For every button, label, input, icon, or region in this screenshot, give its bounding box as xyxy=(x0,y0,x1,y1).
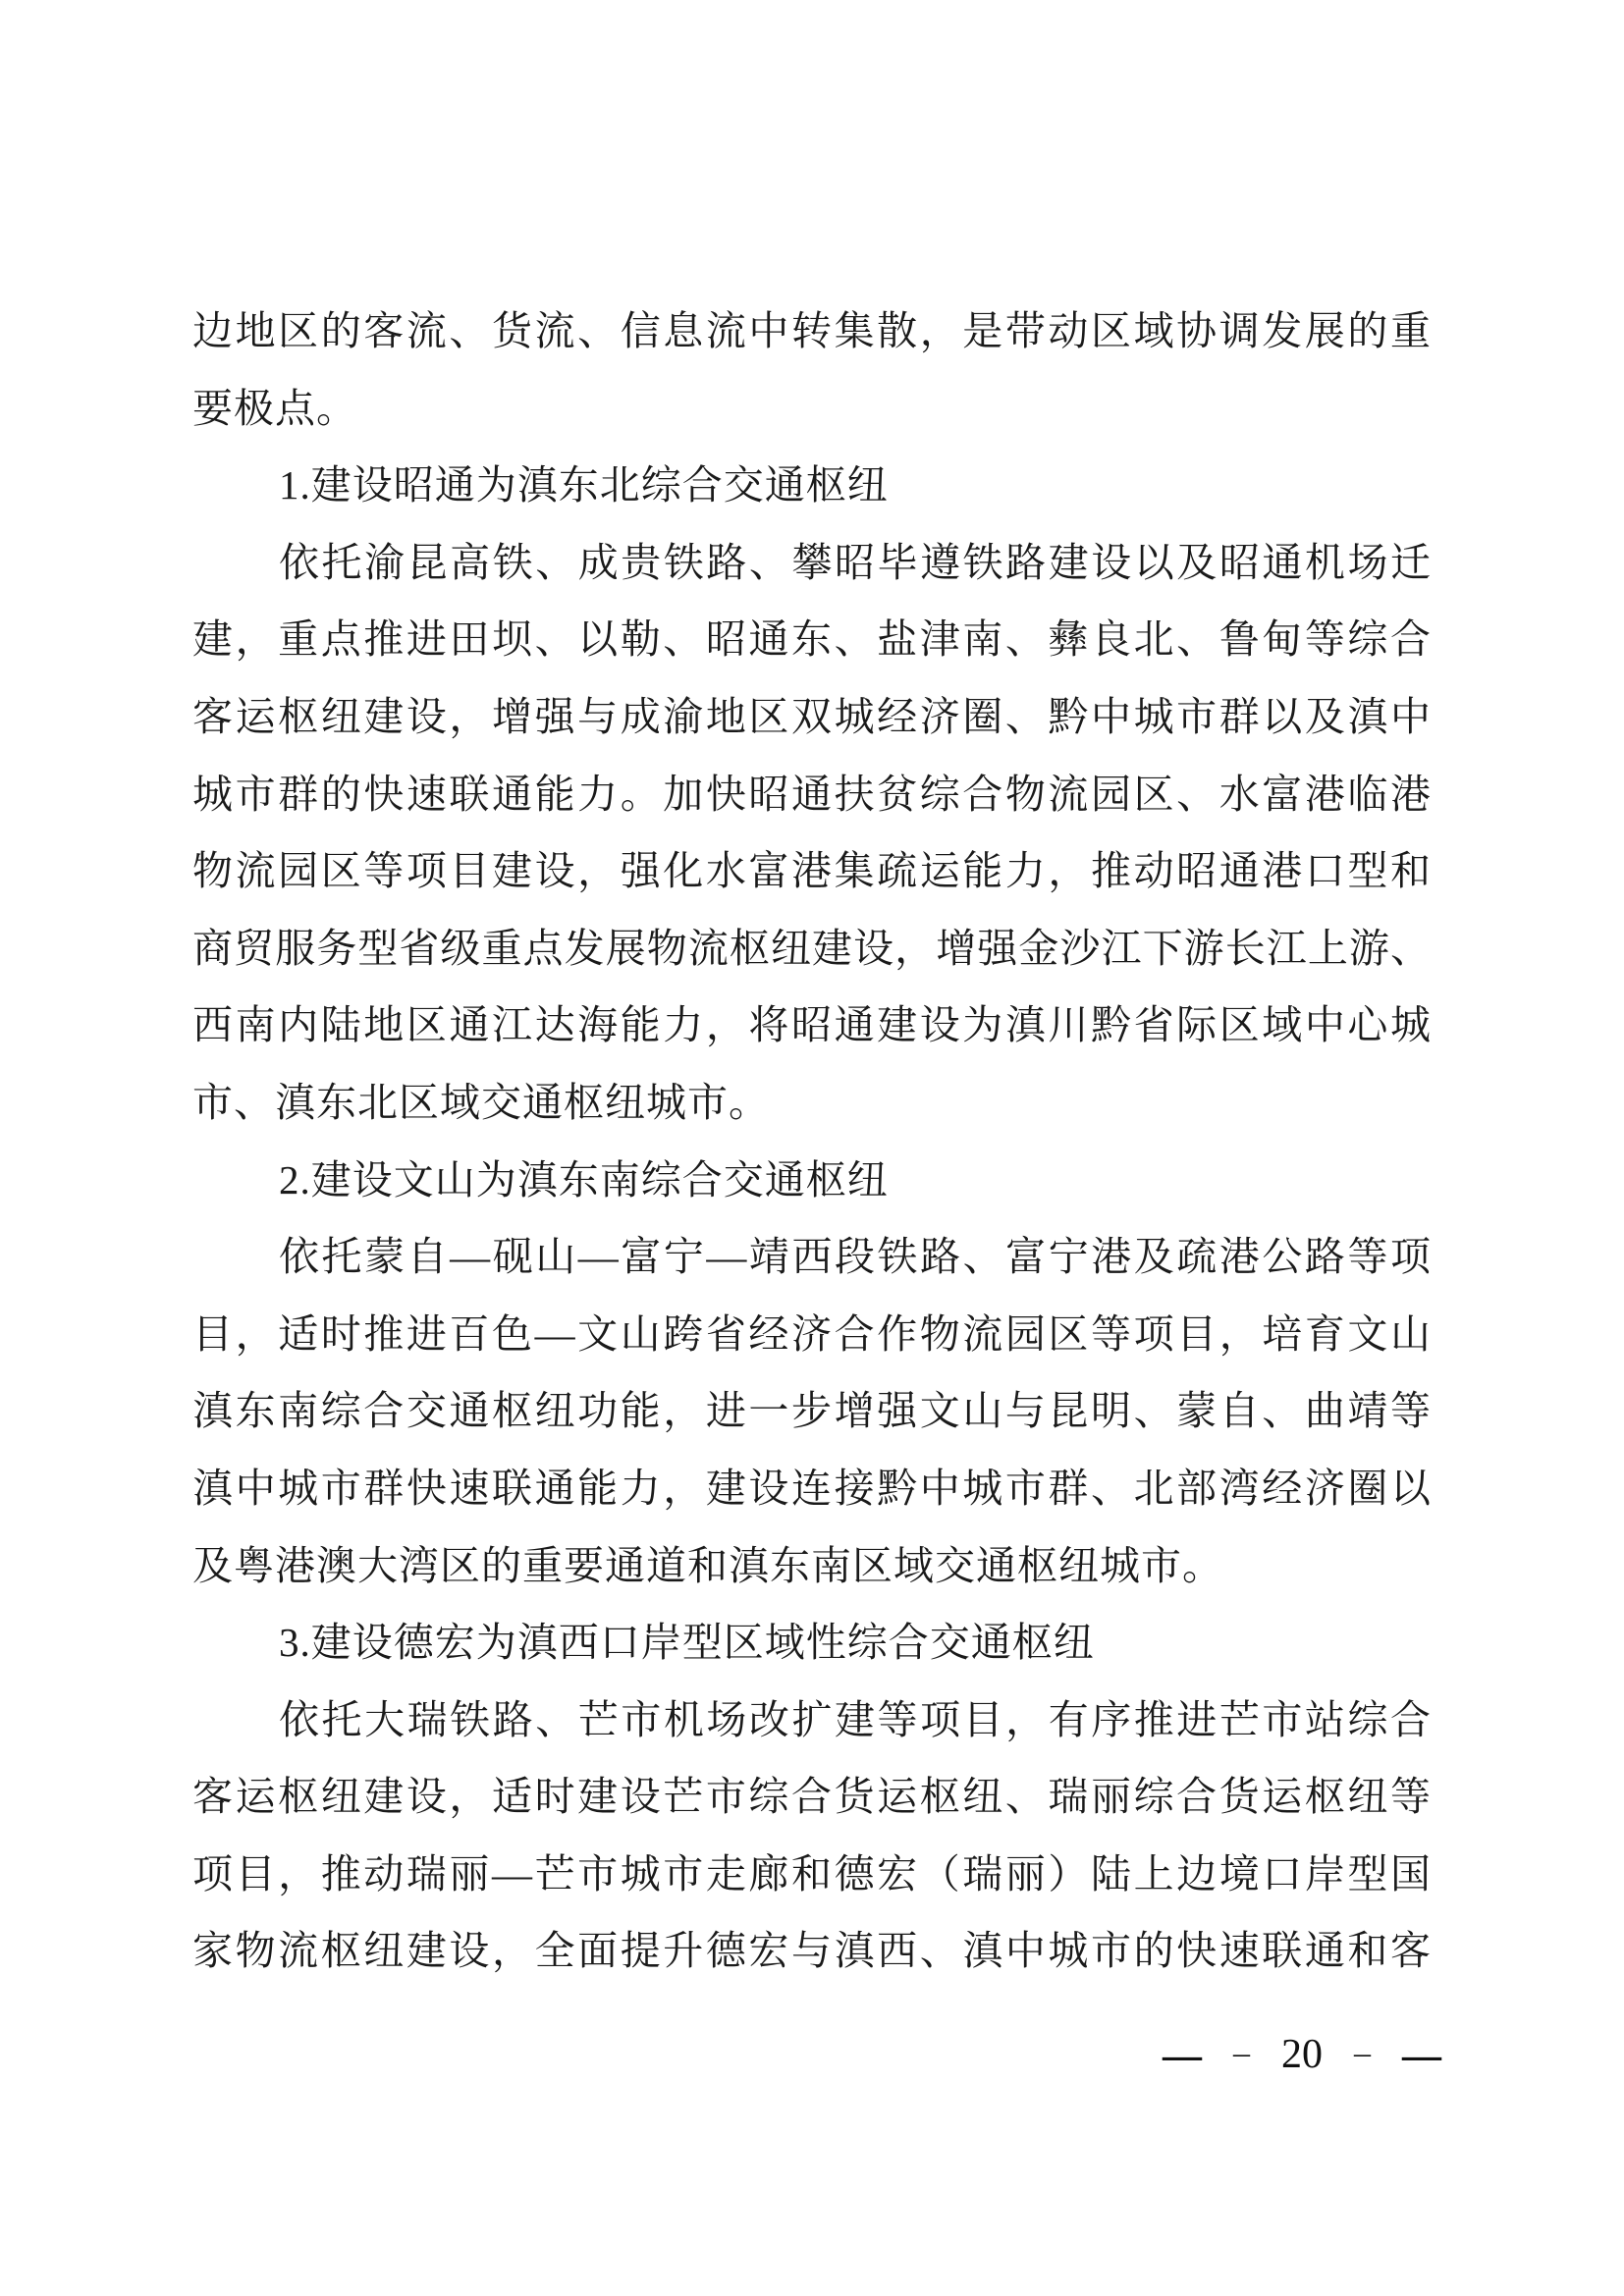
document-page: 边地区的客流、货流、信息流中转集散，是带动区域协调发展的重 要极点。 1.建设昭… xyxy=(0,0,1624,2296)
body-line: 客运枢纽建设，适时建设芒市综合货运枢纽、瑞丽综合货运枢纽等 xyxy=(192,1758,1432,1836)
body-line: 建，重点推进田坝、以勒、昭通东、盐津南、彝良北、鲁甸等综合 xyxy=(192,601,1432,678)
body-line: 客运枢纽建设，增强与成渝地区双城经济圈、黔中城市群以及滇中 xyxy=(192,678,1432,756)
section-heading-1: 1.建设昭通为滇东北综合交通枢纽 xyxy=(192,447,1432,524)
body-line: 及粤港澳大湾区的重要通道和滇东南区域交通枢纽城市。 xyxy=(192,1527,1432,1605)
footer-left-long-dash: — xyxy=(1163,2026,1202,2083)
body-line: 项目，推动瑞丽—芒市城市走廊和德宏（瑞丽）陆上边境口岸型国 xyxy=(192,1836,1432,1913)
section-heading-3: 3.建设德宏为滇西口岸型区域性综合交通枢纽 xyxy=(192,1604,1432,1682)
footer-left-short-dash: – xyxy=(1233,2029,1250,2078)
page-number: 20 xyxy=(1281,2030,1323,2079)
body-line: 物流园区等项目建设，强化水富港集疏运能力，推动昭通港口型和 xyxy=(192,832,1432,910)
body-line: 商贸服务型省级重点发展物流枢纽建设，增强金沙江下游长江上游、 xyxy=(192,910,1432,988)
section-heading-2: 2.建设文山为滇东南综合交通枢纽 xyxy=(192,1142,1432,1219)
body-line: 目，适时推进百色—文山跨省经济合作物流园区等项目，培育文山 xyxy=(192,1296,1432,1373)
body-line: 要极点。 xyxy=(192,370,1432,448)
body-line: 西南内陆地区通江达海能力，将昭通建设为滇川黔省际区域中心城 xyxy=(192,987,1432,1064)
body-line: 城市群的快速联通能力。加快昭通扶贫综合物流园区、水富港临港 xyxy=(192,756,1432,833)
body-line: 依托渝昆高铁、成贵铁路、攀昭毕遵铁路建设以及昭通机场迁 xyxy=(192,524,1432,602)
body-line: 边地区的客流、货流、信息流中转集散，是带动区域协调发展的重 xyxy=(192,293,1432,370)
page-footer: — – 20 – — xyxy=(1163,2030,1441,2079)
footer-right-short-dash: – xyxy=(1354,2029,1371,2078)
body-line: 市、滇东北区域交通枢纽城市。 xyxy=(192,1064,1432,1142)
body-line: 滇东南综合交通枢纽功能，进一步增强文山与昆明、蒙自、曲靖等 xyxy=(192,1372,1432,1450)
document-body: 边地区的客流、货流、信息流中转集散，是带动区域协调发展的重 要极点。 1.建设昭… xyxy=(192,293,1432,1990)
body-line: 依托蒙自—砚山—富宁—靖西段铁路、富宁港及疏港公路等项 xyxy=(192,1218,1432,1296)
body-line: 依托大瑞铁路、芒市机场改扩建等项目，有序推进芒市站综合 xyxy=(192,1682,1432,1759)
body-line: 滇中城市群快速联通能力，建设连接黔中城市群、北部湾经济圈以 xyxy=(192,1450,1432,1527)
body-line: 家物流枢纽建设，全面提升德宏与滇西、滇中城市的快速联通和客 xyxy=(192,1912,1432,1990)
footer-right-long-dash: — xyxy=(1402,2026,1441,2083)
